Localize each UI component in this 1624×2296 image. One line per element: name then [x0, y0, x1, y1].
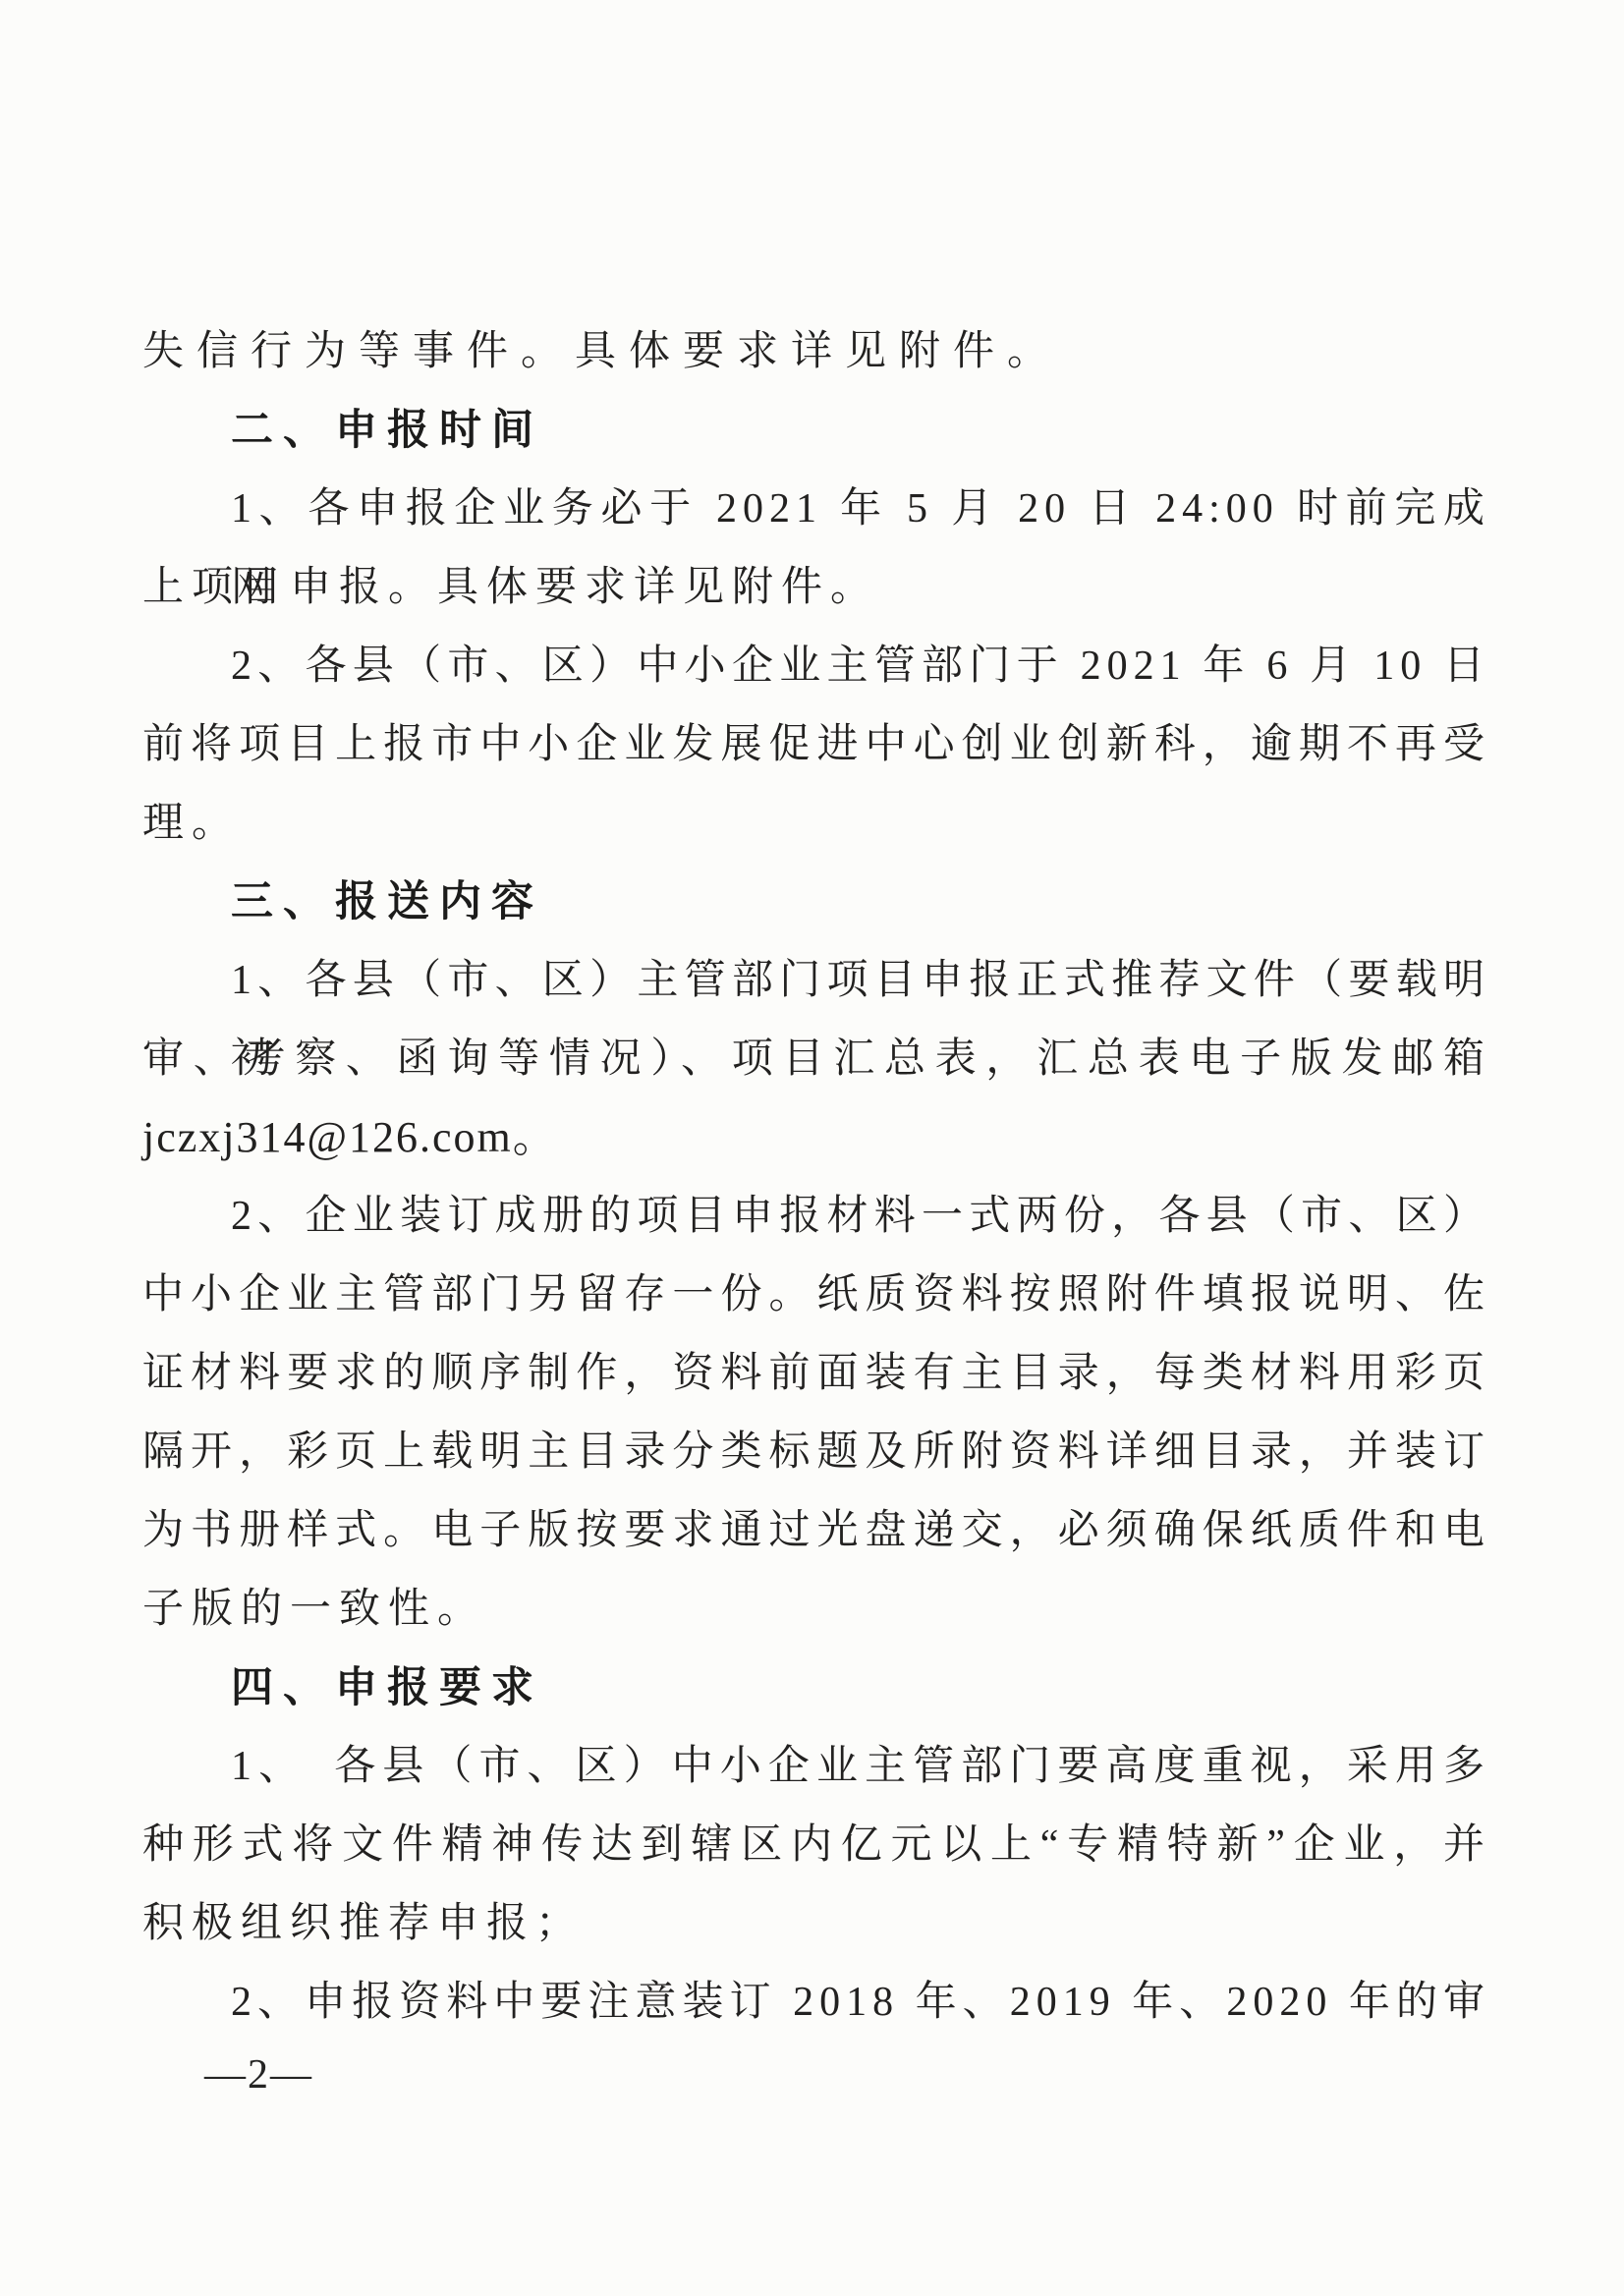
body-line-requirement-4: 2、申报资料中要注意装订 2018 年、2019 年、2020 年的审 — [142, 1963, 1490, 2042]
body-line-deadline-2: 上项目申报。具体要求详见附件。 — [142, 548, 1490, 627]
body-line-submission-1: 1、各县（市、区）主管部门项目申报正式推荐文件（要载明初 — [142, 941, 1490, 1020]
body-line-requirement-2: 种形式将文件精神传达到辖区内亿元以上“专精特新”企业，并 — [142, 1806, 1490, 1884]
body-line-carryover: 失信行为等事件。具体要求详见附件。 — [142, 312, 1490, 391]
body-line-requirement-1: 1、 各县（市、区）中小企业主管部门要高度重视，采用多 — [142, 1727, 1490, 1806]
document-page: 失信行为等事件。具体要求详见附件。 二、申报时间 1、各申报企业务必于 2021… — [0, 0, 1624, 2296]
body-line-materials-1: 2、企业装订成册的项目申报材料一式两份，各县（市、区） — [142, 1177, 1490, 1256]
body-line-county-3: 理。 — [142, 784, 1490, 863]
body-line-materials-5: 为书册样式。电子版按要求通过光盘递交，必须确保纸质件和电 — [142, 1491, 1490, 1570]
body-line-materials-4: 隔开，彩页上载明主目录分类标题及所附资料详细目录，并装订 — [142, 1413, 1490, 1491]
body-line-submission-2: 审、考察、函询等情况）、项目汇总表，汇总表电子版发邮箱 — [142, 1020, 1490, 1098]
page-content: 失信行为等事件。具体要求详见附件。 二、申报时间 1、各申报企业务必于 2021… — [142, 312, 1490, 2042]
body-line-deadline-1: 1、各申报企业务必于 2021 年 5 月 20 日 24:00 时前完成网 — [142, 470, 1490, 548]
email-text: jczxj314@126.com。 — [142, 1098, 1490, 1177]
body-line-county-2: 前将项目上报市中小企业发展促进中心创业创新科，逾期不再受 — [142, 705, 1490, 784]
heading-section-3: 三、报送内容 — [142, 863, 1490, 941]
heading-section-2: 二、申报时间 — [142, 391, 1490, 470]
page-number: —2— — [204, 2036, 313, 2114]
body-line-materials-3: 证材料要求的顺序制作，资料前面装有主目录，每类材料用彩页 — [142, 1334, 1490, 1413]
body-line-requirement-3: 积极组织推荐申报； — [142, 1884, 1490, 1963]
heading-section-4: 四、申报要求 — [142, 1649, 1490, 1727]
body-line-materials-2: 中小企业主管部门另留存一份。纸质资料按照附件填报说明、佐 — [142, 1256, 1490, 1334]
body-line-materials-6: 子版的一致性。 — [142, 1570, 1490, 1649]
body-line-county-1: 2、各县（市、区）中小企业主管部门于 2021 年 6 月 10 日 — [142, 627, 1490, 705]
